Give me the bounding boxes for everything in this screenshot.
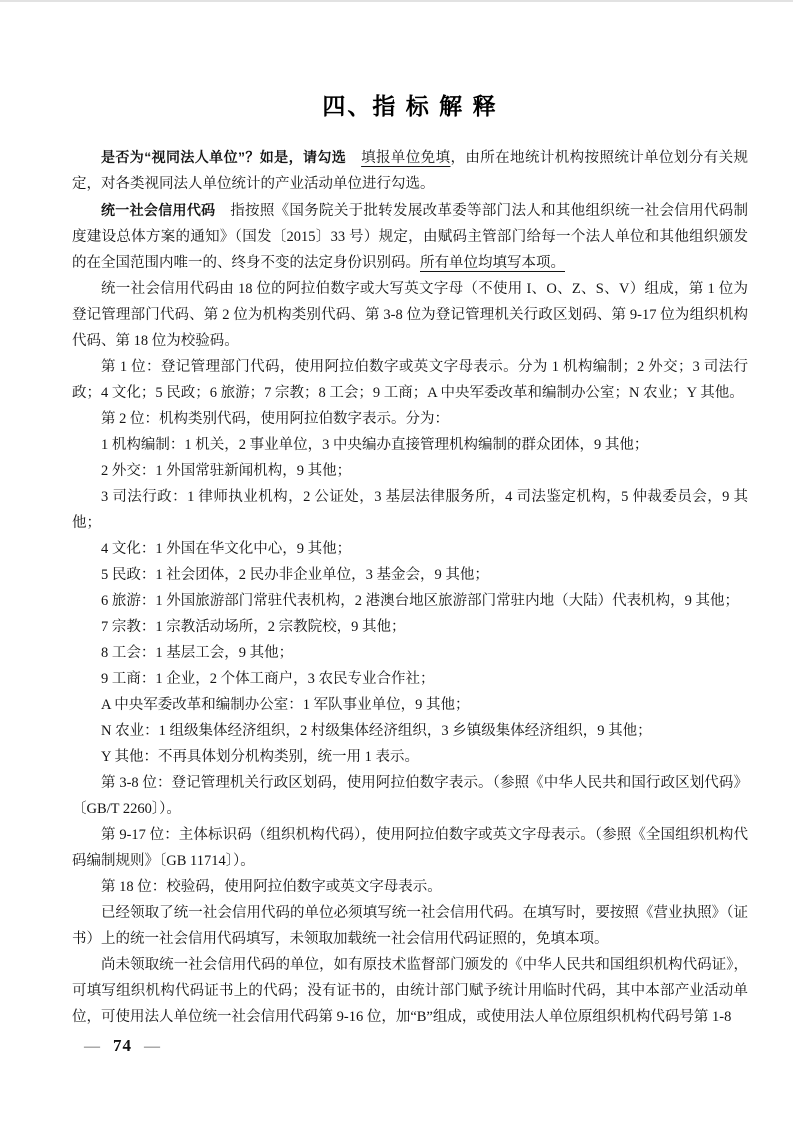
paragraph: 6 旅游：1 外国旅游部门常驻代表机构，2 港澳台地区旅游部门常驻内地（大陆）代…: [72, 588, 748, 614]
body-text: 7 宗教：1 宗教活动场所，2 宗教院校，9 其他；: [101, 619, 406, 635]
paragraph: 统一社会信用代码 指按照《国务院关于批转发展改革委等部门法人和其他组织统一社会信…: [72, 197, 748, 276]
paragraph: 统一社会信用代码由 18 位的阿拉伯数字或大写英文字母（不使用 I、O、Z、S、…: [72, 276, 748, 354]
body-text: 6 旅游：1 外国旅游部门常驻代表机构，2 港澳台地区旅游部门常驻内地（大陆）代…: [101, 593, 739, 609]
paragraph: A 中央军委改革和编制办公室：1 军队事业单位，9 其他；: [72, 692, 748, 718]
body-text: A 中央军委改革和编制办公室：1 军队事业单位，9 其他；: [101, 697, 470, 713]
paragraph: N 农业：1 组级集体经济组织，2 村级集体经济组织，3 乡镇级集体经济组织，9…: [72, 718, 748, 744]
body-text: 2 外交：1 外国常驻新闻机构，9 其他；: [101, 463, 351, 479]
body-text: 第 3-8 位：登记管理机关行政区划码，使用阿拉伯数字表示。（参照《中华人民共和…: [72, 775, 748, 817]
page-footer: —74—: [84, 1036, 161, 1056]
paragraph: 第 3-8 位：登记管理机关行政区划码，使用阿拉伯数字表示。（参照《中华人民共和…: [72, 770, 748, 822]
paragraph: 第 18 位：校验码，使用阿拉伯数字或英文字母表示。: [72, 874, 748, 900]
body-text: 尚未领取统一社会信用代码的单位，如有原技术监督部门颁发的《中华人民共和国组织机构…: [72, 957, 748, 1025]
paragraph: 9 工商：1 企业，2 个体工商户，3 农民专业合作社；: [72, 666, 748, 692]
paragraph: 8 工会：1 基层工会，9 其他；: [72, 640, 748, 666]
body-text: 5 民政：1 社会团体，2 民办非企业单位，3 基金会，9 其他；: [101, 567, 489, 583]
body-text: 1 机构编制：1 机关，2 事业单位，3 中央编办直接管理机构编制的群众团体，9…: [101, 437, 648, 453]
body-text: 统一社会信用代码由 18 位的阿拉伯数字或大写英文字母（不使用 I、O、Z、S、…: [72, 281, 748, 349]
emphasis-bold-text: 统一社会信用代码: [101, 202, 215, 218]
footer-dash-left: —: [84, 1038, 101, 1055]
paragraph: 第 2 位：机构类别代码，使用阿拉伯数字表示。分为：: [72, 406, 748, 432]
paragraph: 5 民政：1 社会团体，2 民办非企业单位，3 基金会，9 其他；: [72, 562, 748, 588]
body-text: 8 工会：1 基层工会，9 其他；: [101, 645, 293, 661]
emphasis-bold-text: 是否为“视同法人单位”？如是，请勾选: [101, 149, 346, 165]
body-text: 3 司法行政：1 律师执业机构，2 公证处，3 基层法律服务所，4 司法鉴定机构…: [72, 489, 748, 531]
body-text: Y 其他：不再具体划分机构类别，统一用 1 表示。: [101, 749, 419, 765]
paragraph: 是否为“视同法人单位”？如是，请勾选 填报单位免填，由所在地统计机构按照统计单位…: [72, 144, 748, 197]
page-title: 四、指 标 解 释: [72, 88, 748, 121]
body-text: [346, 150, 361, 166]
paragraph: 1 机构编制：1 机关，2 事业单位，3 中央编办直接管理机构编制的群众团体，9…: [72, 432, 748, 458]
paragraph: 尚未领取统一社会信用代码的单位，如有原技术监督部门颁发的《中华人民共和国组织机构…: [72, 952, 748, 1030]
paragraph: 第 9-17 位：主体标识码（组织机构代码），使用阿拉伯数字或英文字母表示。（参…: [72, 822, 748, 874]
body-text: 9 工商：1 企业，2 个体工商户，3 农民专业合作社；: [101, 671, 435, 687]
paragraph: 4 文化：1 外国在华文化中心，9 其他；: [72, 536, 748, 562]
body-text: 第 2 位：机构类别代码，使用阿拉伯数字表示。分为：: [101, 411, 449, 427]
paragraph: 7 宗教：1 宗教活动场所，2 宗教院校，9 其他；: [72, 614, 748, 640]
body-text: 第 1 位：登记管理部门代码，使用阿拉伯数字或英文字母表示。分为 1 机构编制；…: [72, 359, 748, 401]
underlined-text: 填报单位免填: [361, 150, 450, 166]
scan-edge-artifact: [0, 0, 793, 2]
underlined-text: 所有单位均填写本项。: [420, 255, 565, 271]
footer-dash-right: —: [144, 1038, 161, 1055]
body-text: 已经领取了统一社会信用代码的单位必须填写统一社会信用代码。在填写时，要按照《营业…: [72, 905, 748, 947]
body-text: 第 18 位：校验码，使用阿拉伯数字或英文字母表示。: [101, 879, 442, 895]
paragraph: 已经领取了统一社会信用代码的单位必须填写统一社会信用代码。在填写时，要按照《营业…: [72, 900, 748, 952]
paragraph: 2 外交：1 外国常驻新闻机构，9 其他；: [72, 458, 748, 484]
body-text: N 农业：1 组级集体经济组织，2 村级集体经济组织，3 乡镇级集体经济组织，9…: [101, 723, 652, 739]
body-text: 4 文化：1 外国在华文化中心，9 其他；: [101, 541, 351, 557]
document-body: 是否为“视同法人单位”？如是，请勾选 填报单位免填，由所在地统计机构按照统计单位…: [72, 144, 748, 1030]
paragraph: 3 司法行政：1 律师执业机构，2 公证处，3 基层法律服务所，4 司法鉴定机构…: [72, 484, 748, 536]
paragraph: Y 其他：不再具体划分机构类别，统一用 1 表示。: [72, 744, 748, 770]
paragraph: 第 1 位：登记管理部门代码，使用阿拉伯数字或英文字母表示。分为 1 机构编制；…: [72, 354, 748, 406]
scanned-document-page: 四、指 标 解 释 是否为“视同法人单位”？如是，请勾选 填报单位免填，由所在地…: [0, 0, 793, 1122]
page-number: 74: [113, 1036, 132, 1055]
body-text: 第 9-17 位：主体标识码（组织机构代码），使用阿拉伯数字或英文字母表示。（参…: [72, 827, 748, 869]
